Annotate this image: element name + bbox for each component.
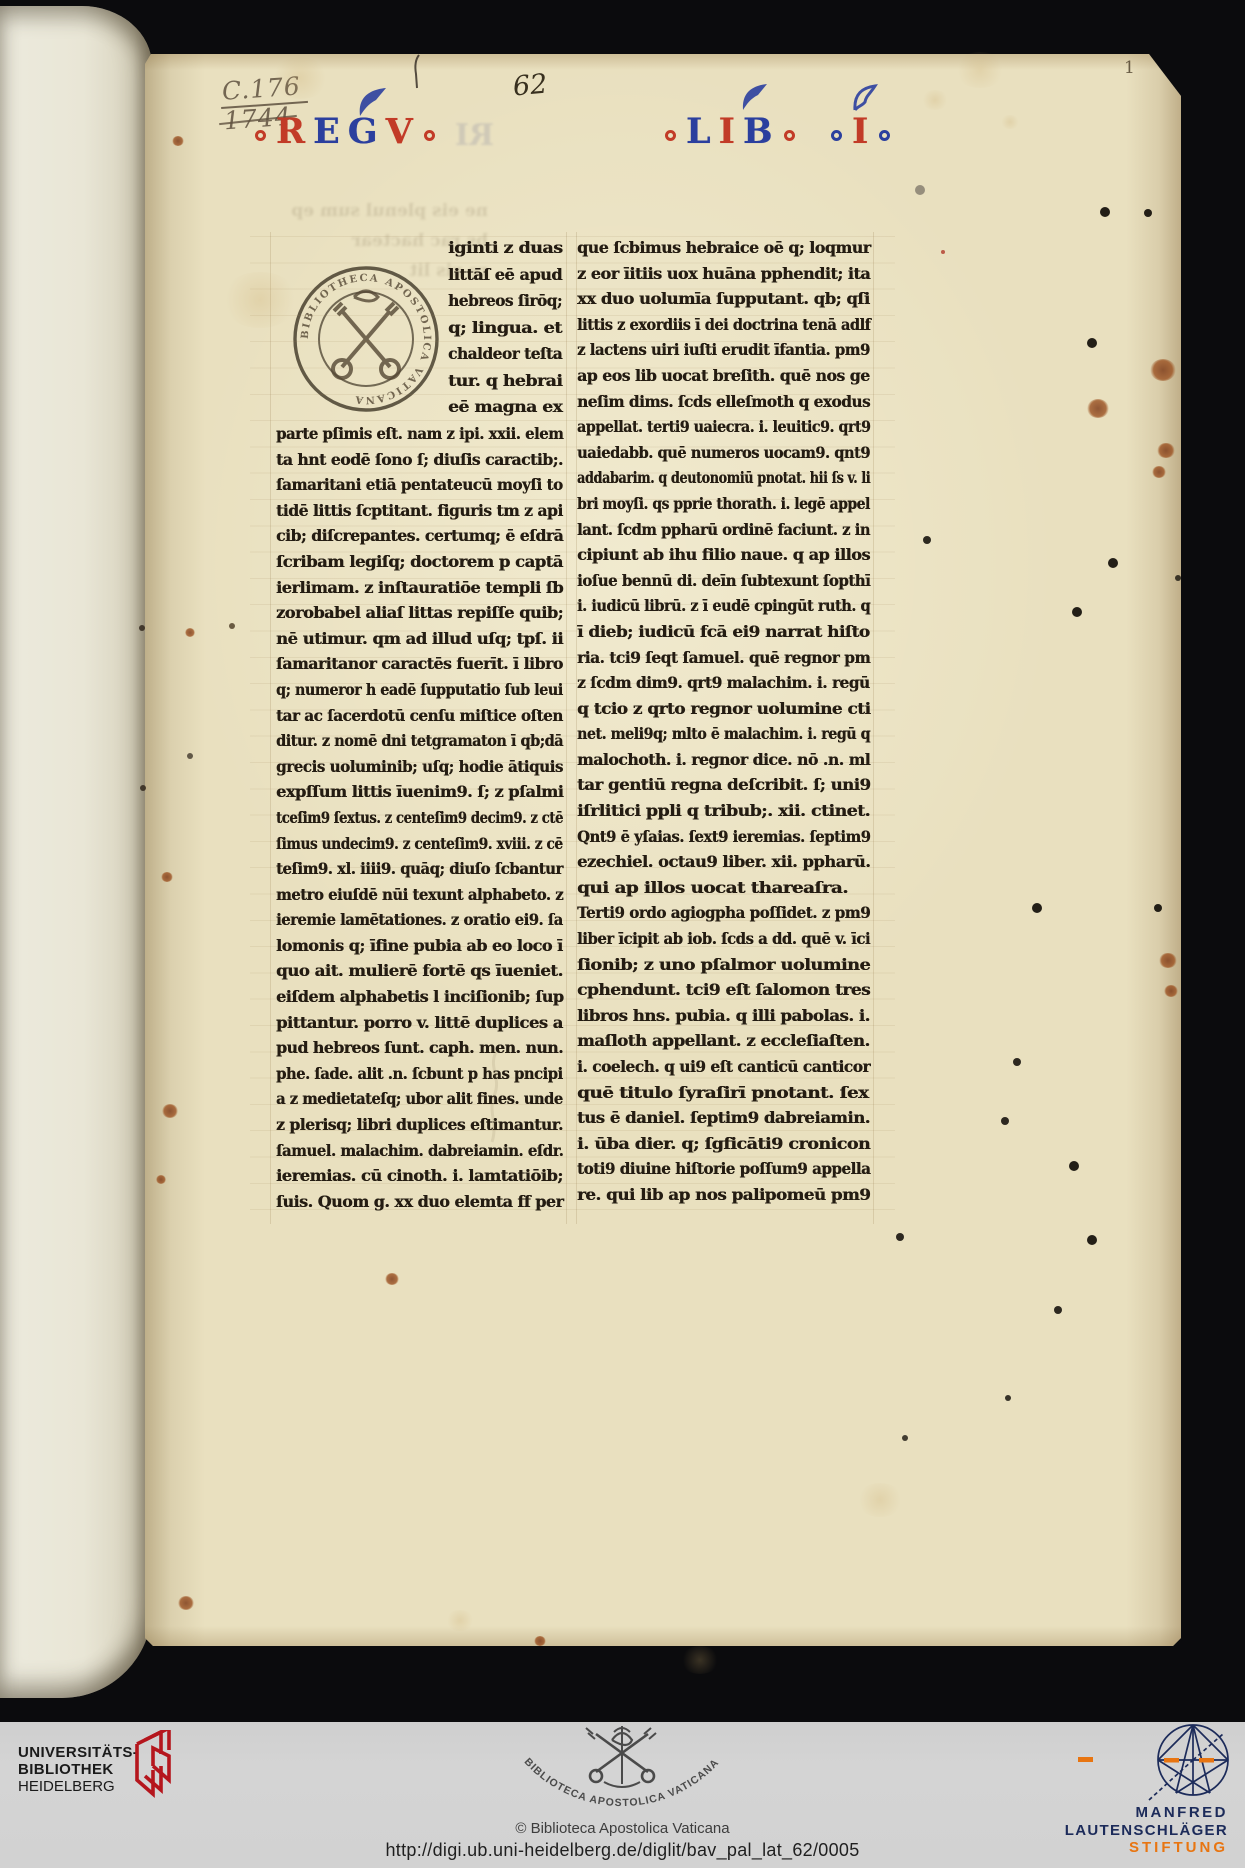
ub-heidelberg-book-icon [127,1730,183,1798]
text-column-1-indented: iginti z duaslittāſ eē apudhebreos ſirōq… [448,238,567,424]
manuscript-text-line: addabarim. q deutonomiū pnotat. hii ſs v… [577,468,870,494]
manuscript-text-line: ſamaritanor caractēs fuerīt. ī libro [276,654,618,680]
rust-stain [1150,359,1176,381]
manuscript-text-line: cib; diſcrepantes. certumq; ē eſdrā [276,526,616,552]
running-title-liber: L I B [662,112,798,152]
manuscript-text-line: eē magna ex [448,397,576,424]
manuscript-text-line: re. qui lib ap nos palipomeū pm9 [577,1185,961,1211]
ink-dot [896,1233,904,1241]
rust-stain [1087,399,1109,418]
ink-dot [139,625,145,631]
manuscript-text-line: ſamuel. malachim. dabreiamin. eſdr. [276,1141,599,1167]
manuscript-text-line: z plerisq; libri duplices eſtimantur. [276,1115,614,1141]
ink-dot [1069,1161,1079,1171]
title-letter: L [686,112,712,152]
manuscript-text-line: i. coelech. q ui9 eſt canticū canticor [577,1057,930,1083]
manuscript-text-line: q; lingua. et [448,318,581,345]
ink-dot [902,1435,908,1441]
manuscript-text-line: bri moyſi. qs pprie thorath. i. legē app… [577,494,895,520]
rust-stain [156,1175,166,1184]
manuscript-text-line: z lactens uiri iuſti erudit īfantia. pm9 [577,340,917,366]
mls-globe-icon [1147,1722,1239,1802]
ink-dot [1072,607,1082,617]
manuscript-text-line: eiſdem alphabetis l inciſionib; ſup [276,987,624,1013]
ruling-line [270,232,271,1224]
ub-heidelberg-logo-text: UNIVERSITÄTS- BIBLIOTHEK HEIDELBERG [18,1744,138,1795]
pen-flourish [740,82,770,112]
mls-foundation-text: MANFRED LAUTENSCHLÄGER STIFTUNG [1065,1804,1228,1857]
title-letter: B [743,112,774,152]
manuscript-text-line: appellat. terti9 uaiecra. i. leuitic9. q… [577,417,902,443]
ink-dot [941,250,945,254]
ink-dot [1108,558,1118,568]
manuscript-text-line: grecis uoluminib; uſq; hodie ātiquis [276,757,604,783]
manuscript-text-line: teſim9. xl. iiii9. quāq; diuſo ſcbantur [276,859,599,885]
text-column-1: parte pſimis eſt. nam z ipi. xxii. elemt… [276,424,624,1217]
manuscript-text-line: maſloth appellant. z eccleſiaſten. [577,1031,961,1057]
title-letter: V [386,112,414,152]
pen-trial-stroke [412,54,422,90]
manuscript-text-line: ta hnt eodē ſono ſ; diuſis caractib;. [276,450,616,476]
copyright-line: © Biblioteca Apostolica Vaticana [0,1820,1245,1837]
ink-dot [1054,1306,1062,1314]
parchment-stain [680,1646,720,1674]
manuscript-text-line: littāſ eē apud [448,265,568,292]
parchment-stain [954,52,1006,88]
parchment-stain [220,272,300,328]
rust-stain [162,1104,178,1118]
manuscript-text-line: ria. tci9 ſeqt ſamuel. quē regnor pm [577,648,930,674]
manuscript-text-line: phe. ſade. alit .n. ſcbunt p has pncipi [276,1064,596,1090]
digitized-manuscript-view: C.176 1744 62 1 R E G V L I B I RI [0,0,1245,1868]
manuscript-text-line: tidē littis ſcptitant. figuris tm z api [276,501,614,527]
manuscript-text-line: libros hns. pubia. q illi pabolas. i. [577,1006,958,1032]
title-dot [831,130,842,141]
ink-dot [229,623,235,629]
mls-orange-dash [1078,1757,1093,1762]
ink-dot [1032,903,1042,913]
ink-dot [923,536,931,544]
manuscript-text-line: pud hebreos ſunt. caph. men. nun. [276,1038,617,1064]
manuscript-text-line: Terti9 ordo agiogpha poſſidet. z pm9 [577,903,923,929]
manuscript-text-line: i. iudicū librū. z ī eudē cpingūt ruth. … [577,596,909,622]
footer-bar: UNIVERSITÄTS- BIBLIOTHEK HEIDELBERG [0,1722,1245,1868]
ub-line2: BIBLIOTHEK [18,1761,138,1778]
manuscript-text-line: ap eos lib uocat breſith. quē nos ge [577,366,937,392]
rust-stain [185,628,195,637]
ink-offset-mark [480,1050,510,1145]
ink-dot [1005,1395,1011,1401]
ink-dot [1100,207,1110,217]
manuscript-text-line: toti9 diuine hiſtorie poſſum9 appella [577,1159,923,1185]
manuscript-text-line: a z medietateſq; ubor alit fines. unde [276,1089,594,1115]
parchment-stain [270,57,330,99]
title-letter: I [852,112,869,152]
running-title-numeral: I [828,112,893,152]
manuscript-text-line: parte pſimis eſt. nam z ipi. xxii. elem [276,424,598,450]
manuscript-text-line: metro eiuſdē nūi texunt alphabeto. z [276,885,598,911]
parchment-stain [445,1610,475,1631]
source-url: http://digi.ub.uni-heidelberg.de/diglit/… [0,1840,1245,1861]
manuscript-text-line: malochoth. i. regnor dice. nō .n. ml [577,750,937,776]
ink-dot [1087,338,1097,348]
manuscript-text-line: zorobabel aliaſ littas repiſſe quib; [276,603,628,629]
manuscript-text-line: ierlimam. z inſtauratiōe templi ſb [276,578,628,604]
mls-line2: LAUTENSCHLÄGER [1065,1822,1228,1840]
show-through-title: RI [455,118,494,153]
manuscript-text-line: cipiunt ab ihu filio naue. q ap illos [577,545,947,571]
manuscript-text-line: ioſue bennū di. deīn ſubtexunt ſopthī [577,571,920,597]
mls-line3: STIFTUNG [1065,1839,1228,1857]
title-dot [784,130,795,141]
manuscript-text-line: hebreos ſirōq; [448,291,562,318]
mls-line1: MANFRED [1065,1804,1228,1822]
manuscript-text-line: ezechiel. octau9 liber. xii. ppharū. [577,852,952,878]
manuscript-text-line: net. meli9q; mlto ē malachim. i. regū q [577,724,902,750]
rust-stain [385,1273,399,1285]
ink-dot [915,185,925,195]
pen-flourish [356,86,390,118]
manuscript-text-line: ditur. z nomē dni tetgramaton ī qb;dā [276,731,589,757]
title-dot [424,130,435,141]
manuscript-text-line: i. ūba dier. q; ſgficāti9 cronicon [577,1134,980,1160]
rust-stain [178,1596,194,1610]
ink-dot [1013,1058,1021,1066]
manuscript-text-line: q; numeror h eadē ſupputatio ſub leui [276,680,586,706]
manuscript-text-line: ſimus undecim9. z centeſim9. xviii. z cē [276,834,574,860]
manuscript-text-line: tceſim9 ſextus. z centeſim9 decim9. z ct… [276,808,563,834]
parchment-stain [856,1483,904,1517]
ink-dot [1001,1117,1009,1125]
manuscript-text-line: iſrlitici ppli q tribub;. xii. ctinet. [577,801,975,827]
ink-dot [140,785,146,791]
running-title-regum: R E G V [252,112,438,152]
ub-line1: UNIVERSITÄTS- [18,1744,138,1761]
title-dot [665,130,676,141]
manuscript-text-line: neſim dims. ſcds elleſmoth q exodus [577,392,927,418]
manuscript-text-line: Qnt9 ē yſaias. ſext9 ieremias. ſeptim9 [577,827,915,853]
manuscript-text-line: ſamaritani etiā pentateucū moyſi to [276,475,606,501]
text-column-2: que ſcbimus hebraice oē q; loqmurz eor ī… [577,238,944,1211]
parchment-stain [921,90,949,110]
vatican-seal-logo: BIBLIOTECA APOSTOLICA VATICANA [512,1726,732,1820]
ink-dot [1175,575,1181,581]
ink-dot [1087,1235,1097,1245]
manuscript-text-line: iginti z duas [448,238,579,265]
manuscript-text-line: lomonis q; īfine pubia ab eo loco ī [276,936,624,962]
ub-line3: HEIDELBERG [18,1778,138,1795]
ink-dot [1154,904,1162,912]
title-dot [255,130,266,141]
parchment-stain [1000,115,1020,129]
manuscript-text-line: littis z exordiis ī dei doctrina tenā ad… [577,315,910,341]
title-dot [879,130,890,141]
rust-stain [1152,466,1166,478]
manuscript-text-line: uaiedabb. quē numeros uocam9. qnt9 [577,443,911,469]
flyleaf-page [0,6,152,1698]
title-letter: I [719,112,736,152]
manuscript-text-line: tar ac ſacerdotū cenſu miſtice oſten [276,706,606,732]
page-number-ink: 62 [512,69,549,103]
manuscript-text-line: chaldeor teſta [448,344,562,371]
manuscript-text-line: tus ē daniel. ſeptim9 dabreiamin. [577,1108,957,1134]
title-letter: E [313,112,341,152]
manuscript-text-line: liber īcipit ab iob. ſcds a dd. quē v. ī… [577,929,917,955]
title-letter: G [348,112,379,152]
manuscript-text-line: ſionib; z uno pſalmor uolumine [577,955,985,981]
manuscript-text-line: ieremie lamētationes. z oratio ei9. ſa [276,910,596,936]
manuscript-text-line: ī dieb; iudicū fcā ei9 narrat hiſto [577,622,965,648]
manuscript-text-line: quē titulo ſyraſirī pnotant. ſex [577,1083,999,1109]
title-letter: R [276,112,306,152]
pen-flourish [852,84,878,112]
manuscript-text-line: q tcio z qrto regnor uolumine cti [577,699,965,725]
manuscript-text-line: tur. q hebrai [448,371,577,398]
rust-stain [1164,985,1178,997]
folio-number: 1 [1124,58,1135,78]
manuscript-text-line: que ſcbimus hebraice oē q; loqmur [577,238,940,264]
manuscript-text-line: lant. ſcdm ppharū ordinē faciunt. z in [577,520,914,546]
ink-dot [1144,209,1152,217]
manuscript-text-line: xx duo uolumīa ſupputant. qb; qſi [577,289,954,315]
ink-dot [187,753,193,759]
manuscript-text-line: ſuis. Quom g. xx duo elemta ff per [276,1192,623,1218]
manuscript-text-line: qui ap illos uocat thareaſra. [577,878,999,904]
manuscript-text-line: cphendunt. tci9 eſt ſalomon tres [577,980,968,1006]
manuscript-text-line: z ſcdm dim9. qrt9 malachim. i. regū [577,673,929,699]
manuscript-text-line: tar gentiū regna deſcribit. ſ; uni9 [577,775,958,801]
manuscript-text-line: z eor īitiis uox huāna pphendit; ita [577,264,945,290]
manuscript-text-line: expſſum littis īuenim9. ſ; z pſalmi [276,782,628,808]
